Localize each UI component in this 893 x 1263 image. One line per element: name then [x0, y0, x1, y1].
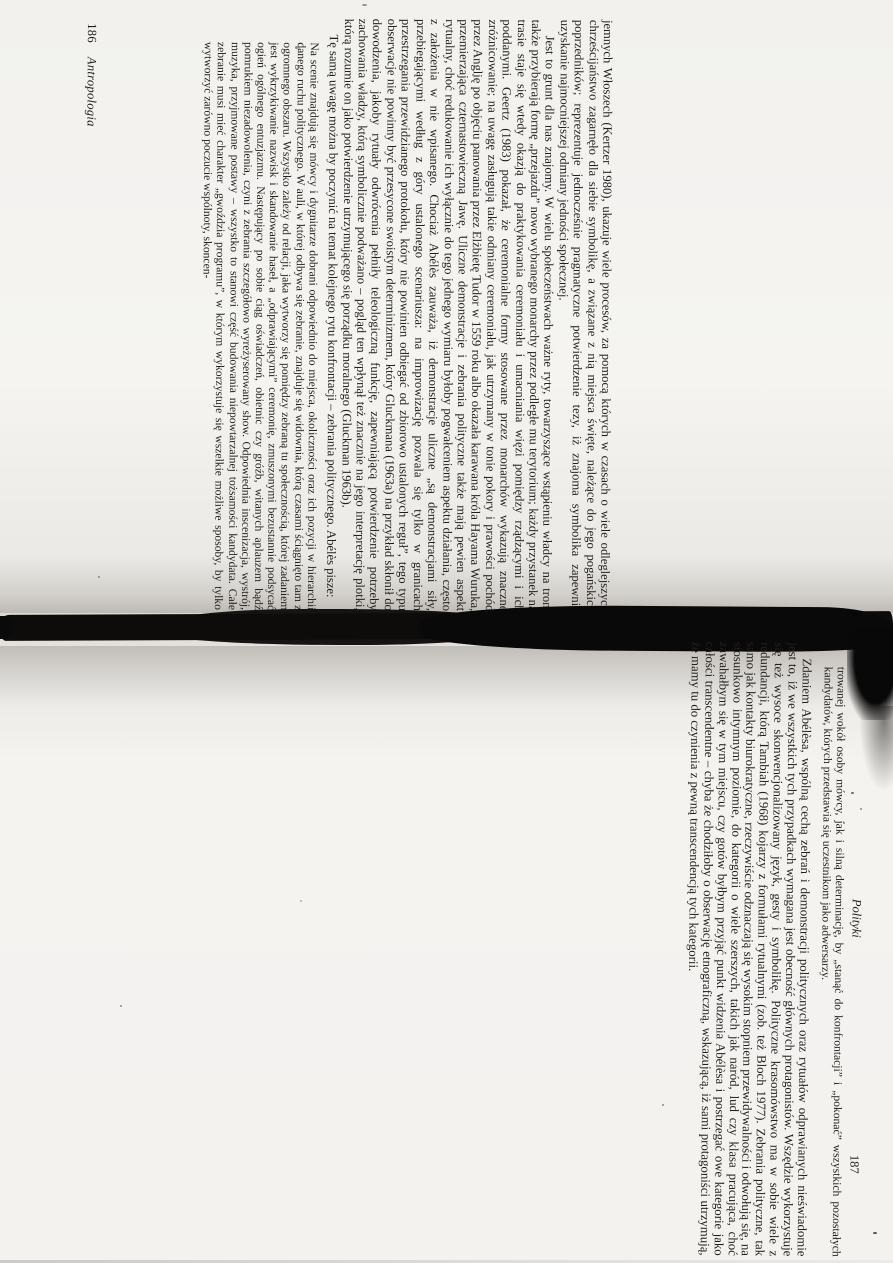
running-footer: 186Antropologia [84, 23, 99, 127]
block-quote: Na scenie znajdują się mówcy i dygnitarz… [199, 42, 321, 611]
page-186-text-block: jemnych Włoszech (Kertzer 1980), ukazuje… [82, 17, 615, 612]
scan-speckle [98, 576, 100, 578]
folio-186: 186 [85, 23, 99, 43]
scan-speckle [718, 1238, 720, 1240]
scan-speckle [843, 822, 845, 824]
running-title-antropologia: Antropologia [85, 57, 99, 127]
scanned-book-spread: jemnych Włoszech (Kertzer 1980), ukazuje… [0, 0, 893, 1263]
paragraph-continuation: jemnych Włoszech (Kertzer 1980), ukazuje… [554, 20, 615, 612]
scan-speckle [472, 74, 474, 76]
scan-speckle [873, 1232, 877, 1234]
scan-speckle [662, 1104, 664, 1106]
running-title-polityki: Polityki [849, 899, 863, 938]
body-paragraph: Zdaniem Abélèsa, wspólną cechą zebrań i … [683, 641, 813, 1256]
page-187-region: Polityki 187 trowanej wokół osoby mówcy,… [640, 643, 865, 1257]
scan-speckle [120, 1005, 122, 1007]
folio-187: 187 [847, 1155, 861, 1174]
scan-speckle [295, 46, 298, 49]
scan-speckle [362, 4, 367, 6]
scan-speckle [508, 52, 510, 54]
scan-speckle [851, 792, 854, 794]
page-187-text-block: Polityki 187 trowanej wokół osoby mówcy,… [635, 641, 865, 1257]
scan-speckle [545, 500, 547, 503]
page-186-region: jemnych Włoszech (Kertzer 1980), ukazuje… [85, 20, 615, 612]
scan-speckle [300, 900, 302, 902]
body-paragraph: Jest to grunt dla nas znajomy. W wielu s… [338, 19, 557, 612]
scan-speckle [860, 808, 862, 810]
